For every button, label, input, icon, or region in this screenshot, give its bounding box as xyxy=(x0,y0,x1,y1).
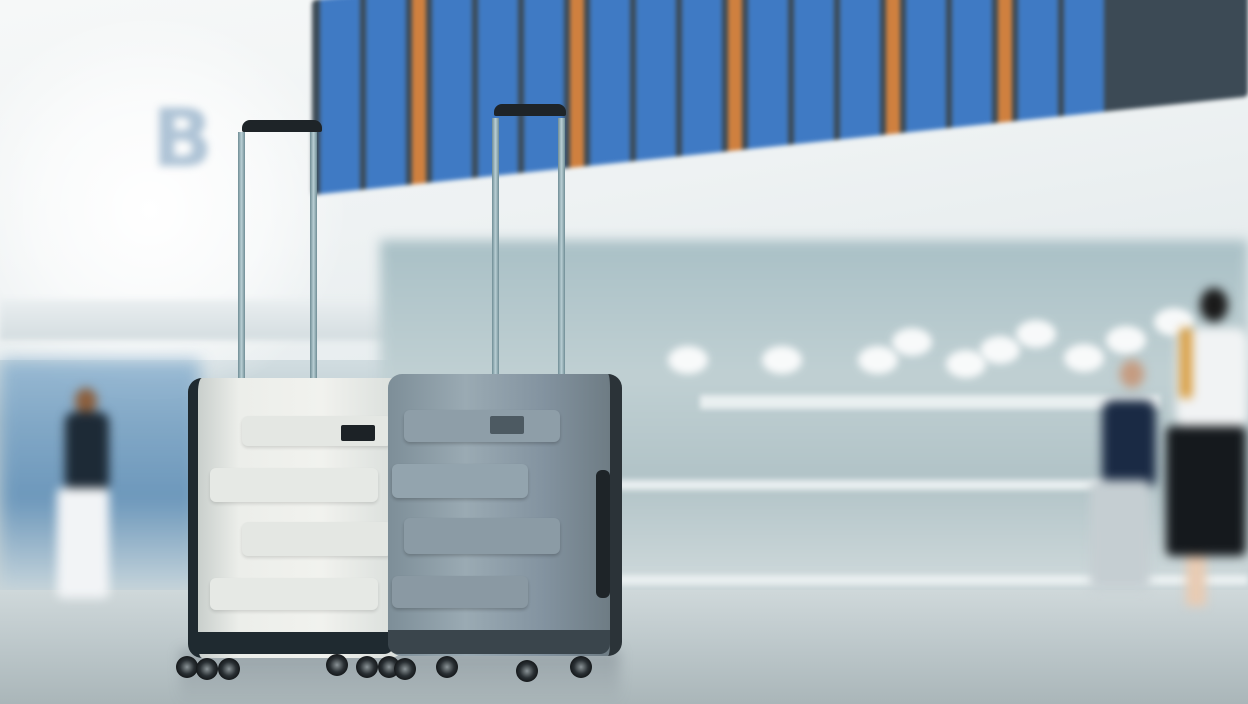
shell-rib xyxy=(404,410,560,442)
ceiling-light xyxy=(858,346,898,374)
gate-sign: B xyxy=(152,92,222,252)
shell-rib xyxy=(210,578,378,610)
telescopic-handle xyxy=(242,120,322,132)
ceiling-light xyxy=(668,346,708,374)
wheel xyxy=(570,656,592,678)
ceiling-light xyxy=(1016,320,1056,348)
shell-rib xyxy=(392,464,528,498)
board-column xyxy=(320,0,360,194)
traveler-right xyxy=(1160,288,1248,618)
board-column xyxy=(432,0,472,182)
railing xyxy=(610,480,1130,490)
board-column xyxy=(840,0,880,140)
telescopic-handle xyxy=(494,104,566,116)
base-bumper xyxy=(388,630,610,654)
board-column xyxy=(636,0,676,161)
wheel xyxy=(356,656,378,678)
wheel xyxy=(516,660,538,682)
board-column xyxy=(412,0,426,184)
id-tag-slot xyxy=(490,416,524,434)
ceiling-light xyxy=(762,346,802,374)
board-column xyxy=(998,0,1012,123)
wheel xyxy=(196,658,218,680)
board-column xyxy=(748,0,788,149)
board-column xyxy=(794,0,834,144)
shell-rib xyxy=(242,522,392,556)
board-column xyxy=(906,0,946,133)
wheel xyxy=(436,656,458,678)
wheel xyxy=(176,656,198,678)
side-handle xyxy=(596,470,610,598)
board-column xyxy=(366,0,406,189)
traveler-trolley xyxy=(1080,360,1160,600)
shell-rib xyxy=(404,518,560,554)
airport-scene: B xyxy=(0,0,1248,704)
board-column xyxy=(1018,0,1058,121)
handle-pole xyxy=(558,118,565,376)
shell-rib xyxy=(392,576,528,608)
board-column xyxy=(952,0,992,128)
handle-pole xyxy=(310,132,317,382)
board-column xyxy=(886,0,900,135)
shell-rib xyxy=(210,468,378,502)
board-column xyxy=(682,0,722,156)
board-column xyxy=(590,0,630,166)
handle-pole xyxy=(238,132,245,382)
board-column xyxy=(1064,0,1104,116)
wheel xyxy=(394,658,416,680)
id-tag-slot xyxy=(341,425,375,441)
traveler-left xyxy=(55,388,115,608)
board-column xyxy=(728,0,742,151)
handle-pole xyxy=(492,118,499,376)
base-bumper xyxy=(190,632,394,654)
ceiling-light xyxy=(1106,326,1146,354)
board-column xyxy=(570,0,584,168)
wheel xyxy=(326,654,348,676)
wheel xyxy=(218,658,240,680)
ceiling-light xyxy=(980,336,1020,364)
ceiling-light xyxy=(892,328,932,356)
